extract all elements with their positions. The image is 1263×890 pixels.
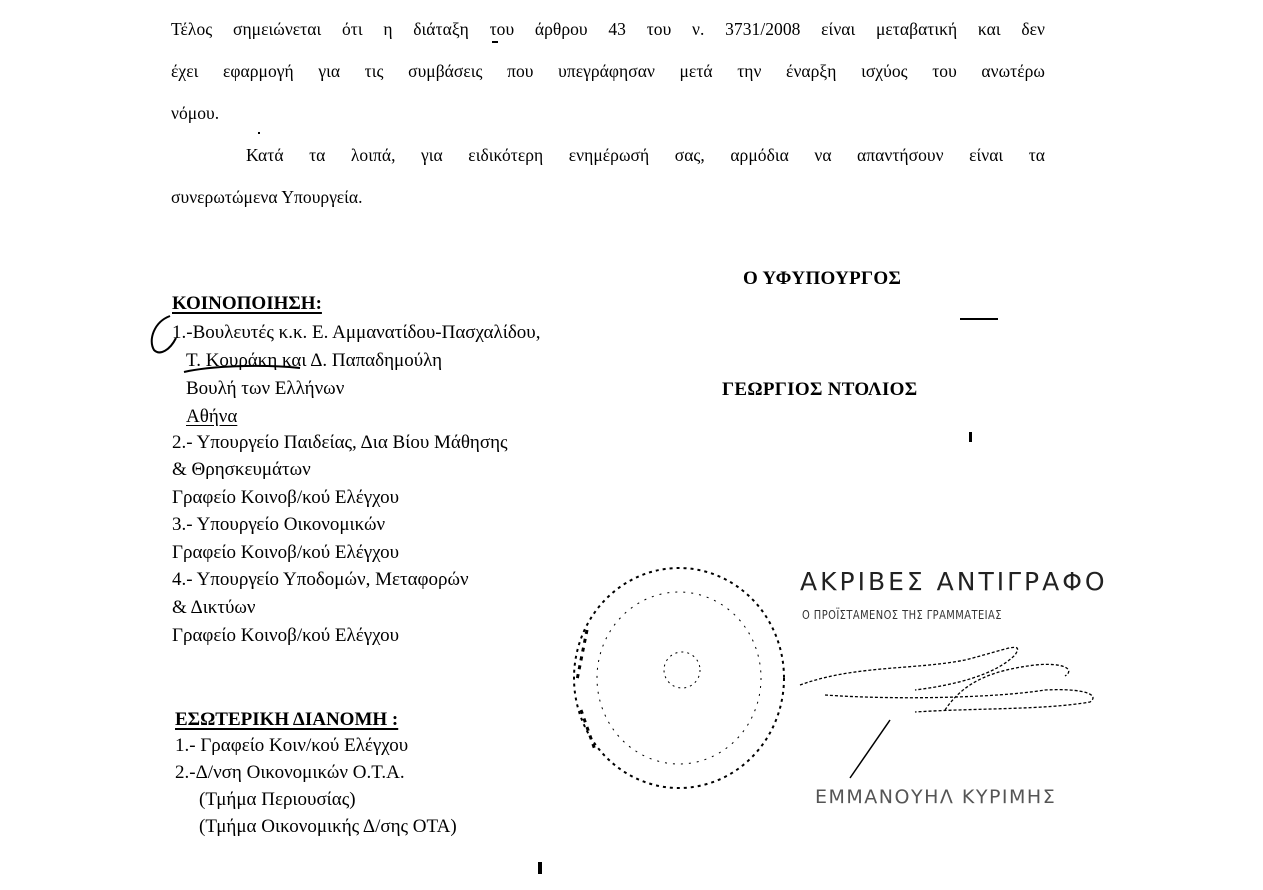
scan-speck [258, 132, 260, 134]
handwritten-marks [140, 300, 460, 390]
paragraph-2-line-1: Κατά τα λοιπά, για ειδικότερη ενημέρωσή … [246, 145, 1045, 166]
official-seal-icon [567, 560, 797, 800]
notification-line: Γραφείο Κοινοβ/κού Ελέγχου [172, 542, 399, 564]
scan-speck [960, 318, 998, 320]
paragraph-1-line-2: έχει εφαρμογή για τις συμβάσεις που υπεγ… [171, 61, 1045, 82]
scan-speck [538, 862, 542, 874]
notification-line: 3.- Υπουργείο Οικονομικών [172, 514, 385, 536]
signature-title: Ο ΥΦΥΠΟΥΡΓΟΣ [743, 268, 901, 290]
scan-speck [492, 41, 498, 43]
internal-distribution-line: (Τμήμα Οικονομικής Δ/σης ΟΤΑ) [199, 816, 457, 838]
handwritten-signature-icon [795, 640, 1105, 780]
notification-line: Γραφείο Κοινοβ/κού Ελέγχου [172, 487, 399, 509]
scan-speck [969, 432, 972, 442]
signature-name: ΓΕΩΡΓΙΟΣ ΝΤΟΛΙΟΣ [722, 379, 917, 401]
internal-distribution-line: 1.- Γραφείο Κοιν/κού Ελέγχου [175, 735, 408, 757]
paragraph-1-line-1: Τέλος σημειώνεται ότι η διάταξη του άρθρ… [171, 19, 1045, 40]
certified-copy-stamp-title: ΑΚΡΙΒΕΣ ΑΝΤΙΓΡΑΦΟ [800, 567, 1108, 596]
certified-copy-stamp-subtitle: Ο ΠΡΟΪΣΤΑΜΕΝΟΣ ΤΗΣ ΓΡΑΜΜΑΤΕΙΑΣ [802, 607, 1002, 622]
notification-line: Γραφείο Κοινοβ/κού Ελέγχου [172, 625, 399, 647]
paragraph-2-line-2: συνερωτώμενα Υπουργεία. [171, 187, 363, 208]
paragraph-1-line-3: νόμου. [171, 103, 219, 124]
internal-distribution-line: (Τμήμα Περιουσίας) [199, 789, 356, 811]
internal-distribution-line: 2.-Δ/νση Οικονομικών Ο.Τ.Α. [175, 762, 405, 784]
notification-line: & Δικτύων [172, 597, 256, 619]
notification-line: Αθήνα [186, 406, 237, 428]
notification-line: 4.- Υπουργείο Υποδομών, Μεταφορών [172, 569, 469, 591]
notification-line: 2.- Υπουργείο Παιδείας, Δια Βίου Μάθησης [172, 432, 508, 454]
certified-copy-stamp-name: ΕΜΜΑΝΟΥΗΛ ΚΥΡΙΜΗΣ [815, 786, 1056, 808]
notification-line: & Θρησκευμάτων [172, 459, 311, 481]
internal-distribution-heading: ΕΣΩΤΕΡΙΚΗ ΔΙΑΝΟΜΗ : [175, 709, 398, 731]
